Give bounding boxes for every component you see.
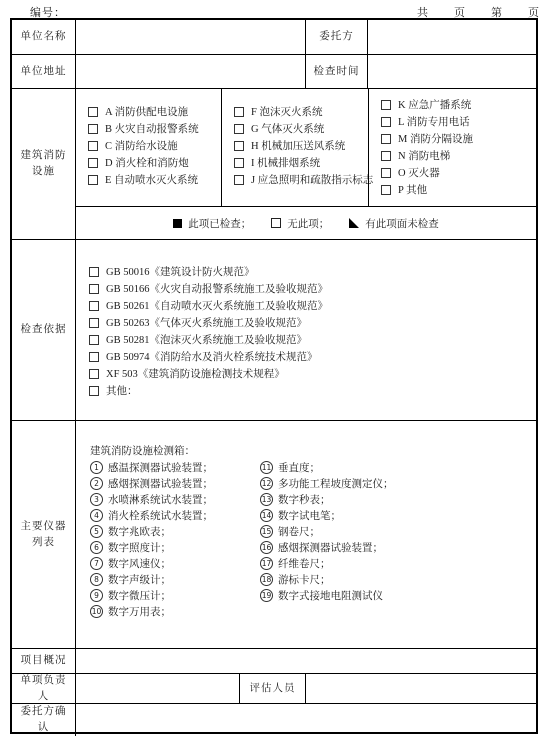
inspection-time-value[interactable] xyxy=(367,55,536,88)
basis-checkbox-item: XF 503《建筑消防设施检测技术规程》 xyxy=(89,365,536,382)
checkbox-item-label: GB 50974《消防给水及消火栓系统技术规范》 xyxy=(106,349,317,364)
basis-checkbox-item: GB 50166《火灾自动报警系统施工及验收规范》 xyxy=(89,280,536,297)
checkbox-icon[interactable] xyxy=(234,175,244,185)
instrument-item: 5数字兆欧表； xyxy=(90,523,260,539)
facilities-label: 建筑消防设施 xyxy=(12,89,75,239)
facility-checkbox-item: N 消防电梯 xyxy=(381,147,536,164)
facility-checkbox-item: A 消防供配电设施 xyxy=(88,103,221,120)
facilities-columns: A 消防供配电设施B 火灾自动报警系统C 消防给水设施D 消火栓和消防炮E 自动… xyxy=(76,89,536,206)
instrument-item-label: 数字试电笔； xyxy=(278,508,341,523)
row-overview: 项目概况 xyxy=(12,648,536,673)
checkbox-icon[interactable] xyxy=(89,267,99,277)
instrument-item-label: 水喷淋系统试水装置； xyxy=(108,492,213,507)
facility-checkbox-item: D 消火栓和消防炮 xyxy=(88,154,221,171)
checkbox-item-label: XF 503《建筑消防设施检测技术规程》 xyxy=(106,366,285,381)
checkbox-item-label: GB 50016《建筑设计防火规范》 xyxy=(106,264,254,279)
assessor-label: 评估人员 xyxy=(239,674,305,703)
instrument-item: 18游标卡尺； xyxy=(260,571,536,587)
instrument-item-label: 数字秒表； xyxy=(278,492,331,507)
row-signoff: 单项负责人 评估人员 xyxy=(12,673,536,703)
facility-checkbox-item: L 消防专用电话 xyxy=(381,113,536,130)
circled-number-icon: 15 xyxy=(260,525,273,538)
instrument-item: 11垂直度； xyxy=(260,459,536,475)
circled-number-icon: 5 xyxy=(90,525,103,538)
facility-checkbox-item: C 消防给水设施 xyxy=(88,137,221,154)
basis-checkbox-item: GB 50281《泡沫灭火系统施工及验收规范》 xyxy=(89,331,536,348)
checkbox-icon[interactable] xyxy=(234,107,244,117)
instrument-item: 16感烟探测器试验装置； xyxy=(260,539,536,555)
basis-list: GB 50016《建筑设计防火规范》GB 50166《火灾自动报警系统施工及验收… xyxy=(75,240,536,420)
facility-checkbox-item: M 消防分隔设施 xyxy=(381,130,536,147)
instrument-item-label: 数字风速仪； xyxy=(108,556,171,571)
basis-checkbox-item: GB 50261《自动喷水灭火系统施工及验收规范》 xyxy=(89,297,536,314)
instrument-item-label: 感烟探测器试验装置； xyxy=(108,476,213,491)
checkbox-item-label: L 消防专用电话 xyxy=(398,114,470,129)
circled-number-icon: 2 xyxy=(90,477,103,490)
instrument-item: 7数字风速仪； xyxy=(90,555,260,571)
instrument-item-label: 纤维卷尺； xyxy=(278,556,331,571)
row-instruments: 主要仪器列表 建筑消防设施检测箱： 1感温探测器试验装置；2感烟探测器试验装置；… xyxy=(12,420,536,648)
checkbox-item-label: B 火灾自动报警系统 xyxy=(105,121,199,136)
confirmation-value[interactable] xyxy=(75,704,536,736)
circled-number-icon: 13 xyxy=(260,493,273,506)
instrument-item-label: 数字微压计； xyxy=(108,588,171,603)
row-basis: 检查依据 GB 50016《建筑设计防火规范》GB 50166《火灾自动报警系统… xyxy=(12,239,536,420)
instruments-area: 建筑消防设施检测箱： 1感温探测器试验装置；2感烟探测器试验装置；3水喷淋系统试… xyxy=(75,421,536,648)
checkbox-icon[interactable] xyxy=(88,158,98,168)
instrument-item-label: 数字声级计； xyxy=(108,572,171,587)
instrument-item: 14数字试电笔； xyxy=(260,507,536,523)
inspection-time-label: 检查时间 xyxy=(305,55,367,88)
instrument-item-label: 数字万用表； xyxy=(108,604,171,619)
facilities-area: A 消防供配电设施B 火灾自动报警系统C 消防给水设施D 消火栓和消防炮E 自动… xyxy=(75,89,536,239)
checkbox-item-label: D 消火栓和消防炮 xyxy=(105,155,189,170)
instrument-item: 3水喷淋系统试水装置； xyxy=(90,491,260,507)
circled-number-icon: 19 xyxy=(260,589,273,602)
checkbox-icon[interactable] xyxy=(89,352,99,362)
checkbox-icon[interactable] xyxy=(88,141,98,151)
circled-number-icon: 6 xyxy=(90,541,103,554)
circled-number-icon: 3 xyxy=(90,493,103,506)
circled-number-icon: 18 xyxy=(260,573,273,586)
instrument-item-label: 垂直度； xyxy=(278,460,320,475)
instruments-columns: 1感温探测器试验装置；2感烟探测器试验装置；3水喷淋系统试水装置；4消火栓系统试… xyxy=(90,459,536,619)
checkbox-icon[interactable] xyxy=(89,369,99,379)
facility-checkbox-item: O 灭火器 xyxy=(381,164,536,181)
checkbox-item-label: M 消防分隔设施 xyxy=(398,131,473,146)
row-confirmation: 委托方确认 xyxy=(12,703,536,736)
row-unit-name: 单位名称 委托方 xyxy=(12,20,536,54)
confirmation-label: 委托方确认 xyxy=(12,704,75,736)
basis-checkbox-item: GB 50263《气体灭火系统施工及验收规范》 xyxy=(89,314,536,331)
row-unit-address: 单位地址 检查时间 xyxy=(12,54,536,88)
checkbox-icon[interactable] xyxy=(88,175,98,185)
checkbox-icon[interactable] xyxy=(381,134,391,144)
checkbox-icon[interactable] xyxy=(381,185,391,195)
facility-checkbox-item: F 泡沫灭火系统 xyxy=(234,103,368,120)
instrument-item-label: 数字式接地电阻测试仪 xyxy=(278,588,383,603)
instrument-item: 2感烟探测器试验装置； xyxy=(90,475,260,491)
circled-number-icon: 7 xyxy=(90,557,103,570)
checkbox-item-label: GB 50261《自动喷水灭火系统施工及验收规范》 xyxy=(106,298,328,313)
instrument-item: 8数字声级计； xyxy=(90,571,260,587)
form-table: 单位名称 委托方 单位地址 检查时间 建筑消防设施 A 消防供配电设施B 火灾自… xyxy=(10,18,538,734)
checkbox-icon[interactable] xyxy=(88,124,98,134)
unit-address-value[interactable] xyxy=(75,55,305,88)
instrument-item-label: 数字兆欧表； xyxy=(108,524,171,539)
legend-text: 此项已检查； xyxy=(188,216,251,231)
legend-text: 有此项面未检查 xyxy=(365,216,439,231)
checkbox-icon[interactable] xyxy=(89,335,99,345)
legend-text: 无此项； xyxy=(287,216,329,231)
inspection-form-sheet: 编号： 共 页 第 页 单位名称 委托方 单位地址 检查时间 建筑消防设施 A … xyxy=(0,0,547,744)
facility-checkbox-item: H 机械加压送风系统 xyxy=(234,137,368,154)
checkbox-icon[interactable] xyxy=(89,318,99,328)
instrument-item: 12多功能工程坡度测定仪； xyxy=(260,475,536,491)
client-value[interactable] xyxy=(367,20,536,54)
facility-checkbox-item: J 应急照明和疏散指示标志 xyxy=(234,171,368,188)
instrument-item: 15钢卷尺； xyxy=(260,523,536,539)
checkbox-item-label: GB 50263《气体灭火系统施工及验收规范》 xyxy=(106,315,307,330)
unit-name-value[interactable] xyxy=(75,20,305,54)
instrument-item-label: 钢卷尺； xyxy=(278,524,320,539)
facilities-column-1: A 消防供配电设施B 火灾自动报警系统C 消防给水设施D 消火栓和消防炮E 自动… xyxy=(76,89,221,206)
checkbox-icon[interactable] xyxy=(381,168,391,178)
circled-number-icon: 10 xyxy=(90,605,103,618)
basis-checkbox-item: GB 50974《消防给水及消火栓系统技术规范》 xyxy=(89,348,536,365)
checkbox-item-label: A 消防供配电设施 xyxy=(105,104,188,119)
checkbox-icon[interactable] xyxy=(89,386,99,396)
instrument-item: 13数字秒表； xyxy=(260,491,536,507)
checkbox-item-label: J 应急照明和疏散指示标志 xyxy=(251,172,373,187)
checkbox-icon[interactable] xyxy=(234,124,244,134)
checkbox-item-label: P 其他 xyxy=(398,182,427,197)
leader-label: 单项负责人 xyxy=(12,674,75,703)
checkbox-icon[interactable] xyxy=(234,158,244,168)
checkbox-item-label: H 机械加压送风系统 xyxy=(251,138,345,153)
facility-checkbox-item: K 应急广播系统 xyxy=(381,96,536,113)
circled-number-icon: 17 xyxy=(260,557,273,570)
facilities-legend: 此项已检查；无此项；有此项面未检查 xyxy=(76,206,536,239)
assessor-value[interactable] xyxy=(305,674,536,703)
checkbox-icon[interactable] xyxy=(89,284,99,294)
checkbox-icon[interactable] xyxy=(234,141,244,151)
checkbox-item-label: K 应急广播系统 xyxy=(398,97,471,112)
checkbox-item-label: GB 50281《泡沫灭火系统施工及验收规范》 xyxy=(106,332,307,347)
instrument-item-label: 数字照度计； xyxy=(108,540,171,555)
instrument-item-label: 感烟探测器试验装置； xyxy=(278,540,383,555)
instruments-header: 建筑消防设施检测箱： xyxy=(90,442,536,459)
empty-square-icon xyxy=(271,218,281,228)
checkbox-icon[interactable] xyxy=(381,151,391,161)
leader-value[interactable] xyxy=(75,674,239,703)
legend-item: 此项已检查； xyxy=(173,216,251,231)
overview-label: 项目概况 xyxy=(12,649,75,673)
basis-checkbox-item: 其他： xyxy=(89,382,536,399)
filled-square-icon xyxy=(173,219,182,228)
client-label: 委托方 xyxy=(305,20,367,54)
instrument-item-label: 多功能工程坡度测定仪； xyxy=(278,476,394,491)
facility-checkbox-item: I 机械排烟系统 xyxy=(234,154,368,171)
instruments-column-right: 11垂直度；12多功能工程坡度测定仪；13数字秒表；14数字试电笔；15钢卷尺；… xyxy=(260,459,536,619)
circled-number-icon: 9 xyxy=(90,589,103,602)
facility-checkbox-item: G 气体灭火系统 xyxy=(234,120,368,137)
unit-address-label: 单位地址 xyxy=(12,55,75,88)
instrument-item: 1感温探测器试验装置； xyxy=(90,459,260,475)
black-triangle-icon xyxy=(349,218,359,228)
row-facilities: 建筑消防设施 A 消防供配电设施B 火灾自动报警系统C 消防给水设施D 消火栓和… xyxy=(12,88,536,239)
basis-checkbox-item: GB 50016《建筑设计防火规范》 xyxy=(89,263,536,280)
checkbox-icon[interactable] xyxy=(89,301,99,311)
basis-label: 检查依据 xyxy=(12,240,75,420)
checkbox-icon[interactable] xyxy=(381,100,391,110)
checkbox-item-label: I 机械排烟系统 xyxy=(251,155,320,170)
circled-number-icon: 11 xyxy=(260,461,273,474)
circled-number-icon: 1 xyxy=(90,461,103,474)
instrument-item-label: 感温探测器试验装置； xyxy=(108,460,213,475)
checkbox-item-label: F 泡沫灭火系统 xyxy=(251,104,322,119)
checkbox-item-label: O 灭火器 xyxy=(398,165,440,180)
legend-item: 无此项； xyxy=(271,216,329,231)
circled-number-icon: 14 xyxy=(260,509,273,522)
instrument-item: 19数字式接地电阻测试仪 xyxy=(260,587,536,603)
instrument-item: 9数字微压计； xyxy=(90,587,260,603)
facilities-column-3: K 应急广播系统L 消防专用电话M 消防分隔设施N 消防电梯O 灭火器P 其他 xyxy=(368,89,536,206)
checkbox-icon[interactable] xyxy=(88,107,98,117)
overview-value[interactable] xyxy=(75,649,536,673)
circled-number-icon: 12 xyxy=(260,477,273,490)
instrument-item: 6数字照度计； xyxy=(90,539,260,555)
instruments-column-left: 1感温探测器试验装置；2感烟探测器试验装置；3水喷淋系统试水装置；4消火栓系统试… xyxy=(90,459,260,619)
checkbox-item-label: GB 50166《火灾自动报警系统施工及验收规范》 xyxy=(106,281,328,296)
instrument-item: 17纤维卷尺； xyxy=(260,555,536,571)
checkbox-item-label: G 气体灭火系统 xyxy=(251,121,324,136)
unit-name-label: 单位名称 xyxy=(12,20,75,54)
instrument-item-label: 消火栓系统试水装置； xyxy=(108,508,213,523)
instrument-item-label: 游标卡尺； xyxy=(278,572,331,587)
checkbox-item-label: N 消防电梯 xyxy=(398,148,450,163)
checkbox-item-label: C 消防给水设施 xyxy=(105,138,178,153)
circled-number-icon: 16 xyxy=(260,541,273,554)
instrument-item: 10数字万用表； xyxy=(90,603,260,619)
checkbox-icon[interactable] xyxy=(381,117,391,127)
facilities-column-2: F 泡沫灭火系统G 气体灭火系统H 机械加压送风系统I 机械排烟系统J 应急照明… xyxy=(221,89,368,206)
facility-checkbox-item: E 自动喷水灭火系统 xyxy=(88,171,221,188)
circled-number-icon: 4 xyxy=(90,509,103,522)
checkbox-item-label: 其他： xyxy=(106,383,138,398)
checkbox-item-label: E 自动喷水灭火系统 xyxy=(105,172,198,187)
circled-number-icon: 8 xyxy=(90,573,103,586)
instrument-item: 4消火栓系统试水装置； xyxy=(90,507,260,523)
legend-item: 有此项面未检查 xyxy=(349,216,439,231)
facility-checkbox-item: P 其他 xyxy=(381,181,536,198)
instruments-label: 主要仪器列表 xyxy=(12,421,75,648)
facility-checkbox-item: B 火灾自动报警系统 xyxy=(88,120,221,137)
